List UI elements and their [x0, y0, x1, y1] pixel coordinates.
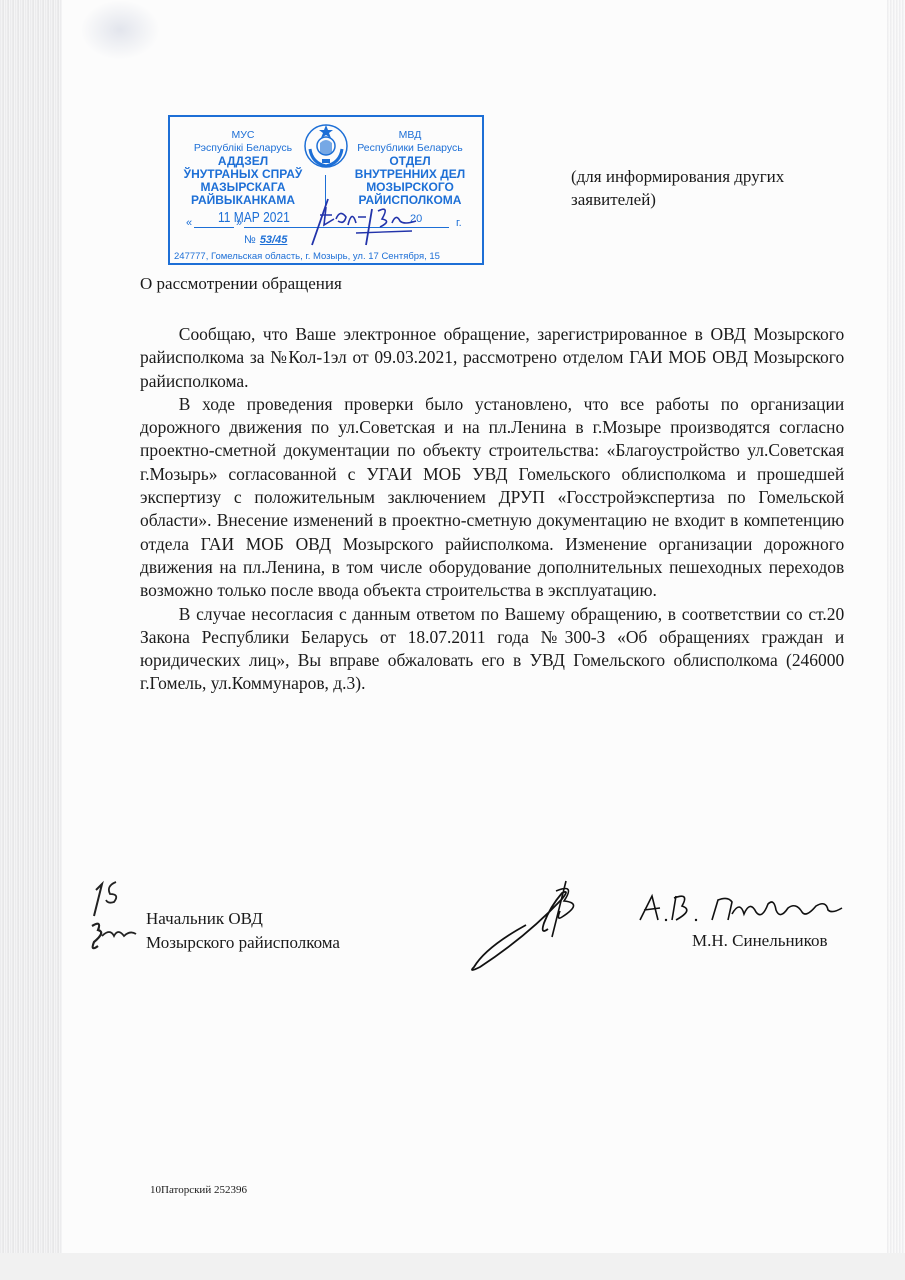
scan-artifact-left: [0, 0, 62, 1253]
stamp-left-line1: МУС: [178, 129, 308, 142]
signatory-name: М.Н. Синельников: [692, 931, 828, 951]
stamp-day-line: [194, 227, 234, 228]
paragraph-1: Сообщаю, что Ваше электронное обращение,…: [140, 323, 844, 393]
signatory-position-line1: Начальник ОВД: [146, 907, 340, 931]
handwritten-initials: [636, 890, 846, 930]
signatory-position-line2: Мозырского райисполкома: [146, 931, 340, 955]
distribution-note: (для информирования других заявителей): [571, 165, 871, 211]
stamp-belarusian-text: МУС Рэспублікі Беларусь АДДЗЕЛ ЎНУТРАНЫХ…: [178, 129, 308, 207]
signatory-position: Начальник ОВД Мозырского райисполкома: [146, 907, 340, 955]
paragraph-2: В ходе проведения проверки было установл…: [140, 393, 844, 603]
scan-artifact-right: [887, 0, 905, 1253]
stamp-number-value: 53/45: [260, 234, 288, 246]
scanned-page: МУС Рэспублікі Беларусь АДДЗЕЛ ЎНУТРАНЫХ…: [0, 0, 905, 1253]
stamp-number-label: №: [244, 234, 256, 246]
scan-smudge: [80, 0, 160, 60]
stamp-number-row: №53/45: [244, 234, 287, 246]
stamp-address: 247777, Гомельская область, г. Мозырь, у…: [174, 251, 480, 262]
letter-subject: О рассмотрении обращения: [140, 274, 342, 294]
stamp-quote-open: «: [186, 217, 192, 229]
stamp-right-line1: МВД: [345, 129, 475, 142]
stamp-year-suffix: г.: [456, 217, 462, 229]
handwritten-signature: [466, 877, 606, 972]
stamp-received-date: 11 МАР 2021: [218, 209, 290, 226]
stamp-left-line6: РАЙВЫКАНКАМА: [178, 194, 308, 207]
handwritten-registration-mark: [300, 195, 420, 250]
letter-body: Сообщаю, что Ваше электронное обращение,…: [140, 323, 844, 696]
paragraph-3: В случае несогласия с данным ответом по …: [140, 603, 844, 696]
executor-footnote: 10Паторский 252396: [150, 1184, 247, 1196]
